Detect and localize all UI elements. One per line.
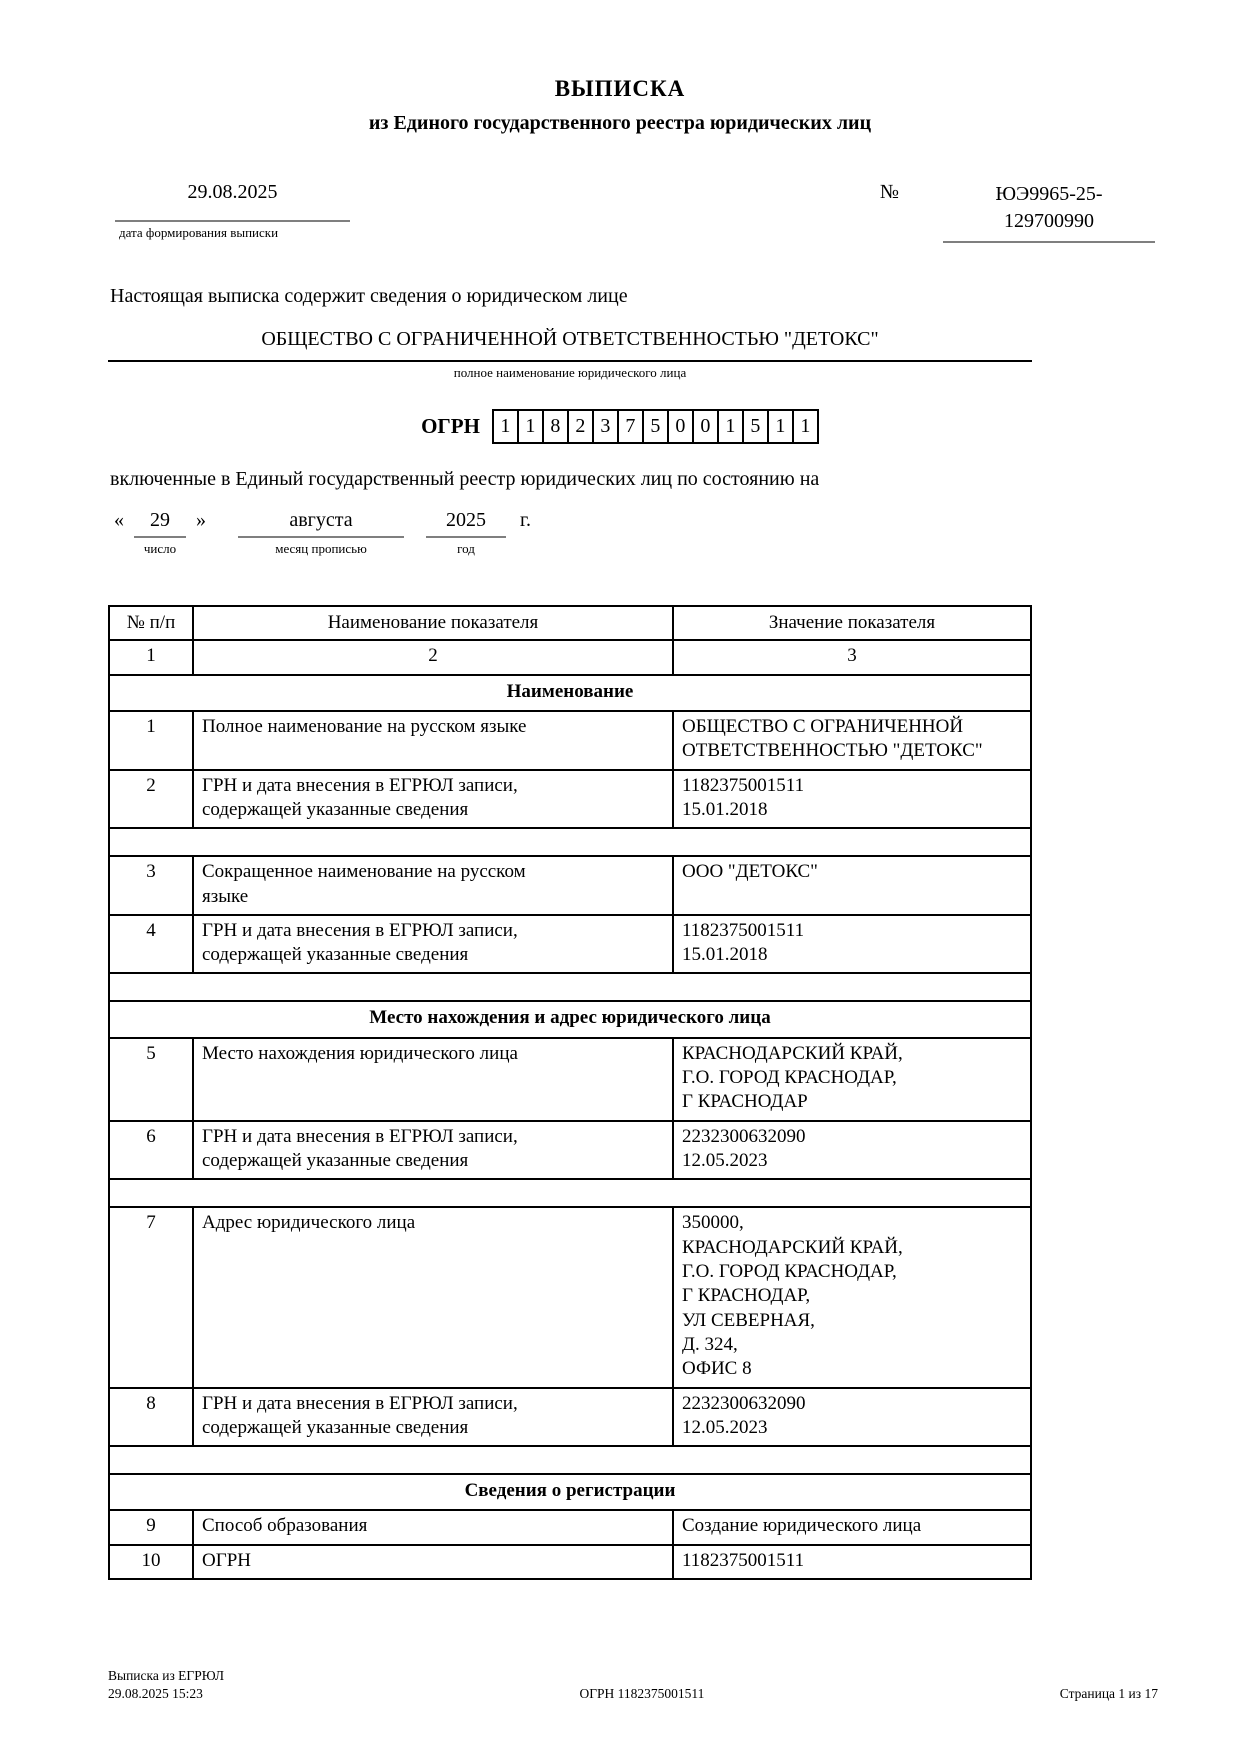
row-name: Способ образования: [193, 1510, 673, 1544]
row-value: 1182375001511: [673, 1545, 1031, 1579]
table-section-row: Сведения о регистрации: [109, 1474, 1031, 1510]
table-row: 9 Способ образования Создание юридическо…: [109, 1510, 1031, 1544]
row-name: ГРН и дата внесения в ЕГРЮЛ записи, соде…: [193, 1121, 673, 1180]
as-of-close-quote: »: [186, 509, 210, 536]
as-of-year-suffix-text: г.: [516, 509, 535, 536]
row-value: 2232300632090 12.05.2023: [673, 1121, 1031, 1180]
table-spacer-row: [109, 1179, 1031, 1207]
table-row: 10 ОГРН 1182375001511: [109, 1545, 1031, 1579]
ogrn-digit-box: 1: [492, 409, 519, 444]
footer-page-number: Страница 1 из 17: [1060, 1685, 1158, 1703]
org-name-block: ОБЩЕСТВО С ОГРАНИЧЕННОЙ ОТВЕТСТВЕННОСТЬЮ…: [108, 328, 1032, 381]
as-of-month: августа: [238, 509, 404, 538]
footer-doc-info: Выписка из ЕГРЮЛ29.08.2025 15:23: [108, 1667, 224, 1703]
table-spacer-row: [109, 1446, 1031, 1474]
ogrn-digit-box: 7: [617, 409, 644, 444]
as-of-year: 2025: [426, 509, 506, 538]
table-header-value: Значение показателя: [673, 606, 1031, 640]
footer-ogrn: ОГРН 1182375001511: [579, 1685, 704, 1703]
row-num: 1: [109, 711, 193, 770]
extract-date-caption: дата формирования выписки: [115, 225, 350, 241]
ogrn-digit-box: 1: [717, 409, 744, 444]
row-name: Место нахождения юридического лица: [193, 1038, 673, 1121]
row-name: Сокращенное наименование на русском язык…: [193, 856, 673, 915]
table-row: 8 ГРН и дата внесения в ЕГРЮЛ записи, со…: [109, 1388, 1031, 1447]
row-num: 7: [109, 1207, 193, 1387]
table-colnum-row: 1 2 3: [109, 640, 1031, 674]
ogrn-digit-box: 1: [517, 409, 544, 444]
table-section-row: Место нахождения и адрес юридического ли…: [109, 1001, 1031, 1037]
as-of-date-row: « 29 число » августа месяц прописью 2025…: [110, 509, 1240, 557]
row-name: ГРН и дата внесения в ЕГРЮЛ записи, соде…: [193, 915, 673, 974]
ogrn-label: ОГРН: [421, 414, 480, 439]
ogrn-digit-box: 5: [742, 409, 769, 444]
page-footer: Выписка из ЕГРЮЛ29.08.2025 15:23 ОГРН 11…: [108, 1667, 1158, 1703]
table-row: 3 Сокращенное наименование на русском яз…: [109, 856, 1031, 915]
ogrn-digit-box: 0: [692, 409, 719, 444]
row-value: 2232300632090 12.05.2023: [673, 1388, 1031, 1447]
row-name: ОГРН: [193, 1545, 673, 1579]
row-num: 2: [109, 770, 193, 829]
ogrn-digit-box: 3: [592, 409, 619, 444]
extract-date: 29.08.2025: [115, 181, 350, 222]
row-value: КРАСНОДАРСКИЙ КРАЙ, Г.О. ГОРОД КРАСНОДАР…: [673, 1038, 1031, 1121]
ogrn-digit-box: 0: [667, 409, 694, 444]
footer-doc-label: Выписка из ЕГРЮЛ: [108, 1668, 224, 1683]
row-value: 1182375001511 15.01.2018: [673, 915, 1031, 974]
document-page: ВЫПИСКА из Единого государственного реес…: [0, 0, 1240, 1755]
table-row: 1 Полное наименование на русском языке О…: [109, 711, 1031, 770]
row-name: ГРН и дата внесения в ЕГРЮЛ записи, соде…: [193, 1388, 673, 1447]
table-row: 7 Адрес юридического лица 350000, КРАСНО…: [109, 1207, 1031, 1387]
row-num: 4: [109, 915, 193, 974]
colnum-3: 3: [673, 640, 1031, 674]
section-title: Наименование: [109, 675, 1031, 711]
document-title: ВЫПИСКА: [0, 0, 1240, 102]
ogrn-digit-box: 1: [767, 409, 794, 444]
row-name: ГРН и дата внесения в ЕГРЮЛ записи, соде…: [193, 770, 673, 829]
row-value: ООО "ДЕТОКС": [673, 856, 1031, 915]
table-header-name: Наименование показателя: [193, 606, 673, 640]
as-of-month-caption: месяц прописью: [238, 541, 404, 557]
table-spacer-row: [109, 973, 1031, 1001]
ogrn-row: ОГРН 1 1 8 2 3 7 5 0 0 1 5 1 1: [0, 409, 1240, 444]
row-num: 6: [109, 1121, 193, 1180]
table-header-num: № п/п: [109, 606, 193, 640]
ogrn-digit-box: 1: [792, 409, 819, 444]
as-of-year-caption: год: [426, 541, 506, 557]
as-of-day-unit: 29 число: [134, 509, 186, 557]
ogrn-digit-box: 2: [567, 409, 594, 444]
row-num: 8: [109, 1388, 193, 1447]
row-num: 3: [109, 856, 193, 915]
org-name-caption: полное наименование юридического лица: [108, 365, 1032, 381]
as-of-day: 29: [134, 509, 186, 538]
as-of-year-suffix: г.: [516, 509, 535, 536]
as-of-year-unit: 2025 год: [426, 509, 506, 557]
row-num: 9: [109, 1510, 193, 1544]
row-value: 350000, КРАСНОДАРСКИЙ КРАЙ, Г.О. ГОРОД К…: [673, 1207, 1031, 1387]
table-row: 6 ГРН и дата внесения в ЕГРЮЛ записи, со…: [109, 1121, 1031, 1180]
row-name: Адрес юридического лица: [193, 1207, 673, 1387]
document-subtitle: из Единого государственного реестра юрид…: [0, 112, 1240, 135]
ogrn-digit-box: 5: [642, 409, 669, 444]
colnum-2: 2: [193, 640, 673, 674]
row-value: 1182375001511 15.01.2018: [673, 770, 1031, 829]
table-row: 5 Место нахождения юридического лица КРА…: [109, 1038, 1031, 1121]
table-row: 4 ГРН и дата внесения в ЕГРЮЛ записи, со…: [109, 915, 1031, 974]
meta-row: 29.08.2025 дата формирования выписки № Ю…: [115, 181, 1155, 243]
as-of-open-quote-glyph: «: [110, 509, 128, 536]
footer-datetime: 29.08.2025 15:23: [108, 1686, 203, 1701]
row-num: 5: [109, 1038, 193, 1121]
row-value: Создание юридического лица: [673, 1510, 1031, 1544]
table-header-row: № п/п Наименование показателя Значение п…: [109, 606, 1031, 640]
intro-statement: Настоящая выписка содержит сведения о юр…: [110, 285, 1155, 308]
extract-date-block: 29.08.2025 дата формирования выписки: [115, 181, 350, 243]
as-of-day-caption: число: [134, 541, 186, 557]
as-of-open-quote: «: [110, 509, 134, 536]
row-value: ОБЩЕСТВО С ОГРАНИЧЕННОЙ ОТВЕТСТВЕННОСТЬЮ…: [673, 711, 1031, 770]
table-row: 2 ГРН и дата внесения в ЕГРЮЛ записи, со…: [109, 770, 1031, 829]
number-sign: №: [880, 181, 899, 204]
as-of-month-unit: августа месяц прописью: [238, 509, 404, 557]
section-title: Место нахождения и адрес юридического ли…: [109, 1001, 1031, 1037]
org-name: ОБЩЕСТВО С ОГРАНИЧЕННОЙ ОТВЕТСТВЕННОСТЬЮ…: [108, 328, 1032, 362]
row-num: 10: [109, 1545, 193, 1579]
row-name: Полное наименование на русском языке: [193, 711, 673, 770]
ogrn-digit-box: 8: [542, 409, 569, 444]
table-section-row: Наименование: [109, 675, 1031, 711]
included-statement: включенные в Единый государственный реес…: [110, 468, 1155, 491]
extract-number-block: № ЮЭ9965-25- 129700990: [880, 181, 1155, 243]
ogrn-digit-boxes: 1 1 8 2 3 7 5 0 0 1 5 1 1: [492, 409, 819, 444]
as-of-close-quote-glyph: »: [192, 509, 210, 536]
extract-number: ЮЭ9965-25- 129700990: [943, 181, 1155, 243]
section-title: Сведения о регистрации: [109, 1474, 1031, 1510]
table-spacer-row: [109, 828, 1031, 856]
register-table: № п/п Наименование показателя Значение п…: [108, 605, 1032, 1580]
colnum-1: 1: [109, 640, 193, 674]
